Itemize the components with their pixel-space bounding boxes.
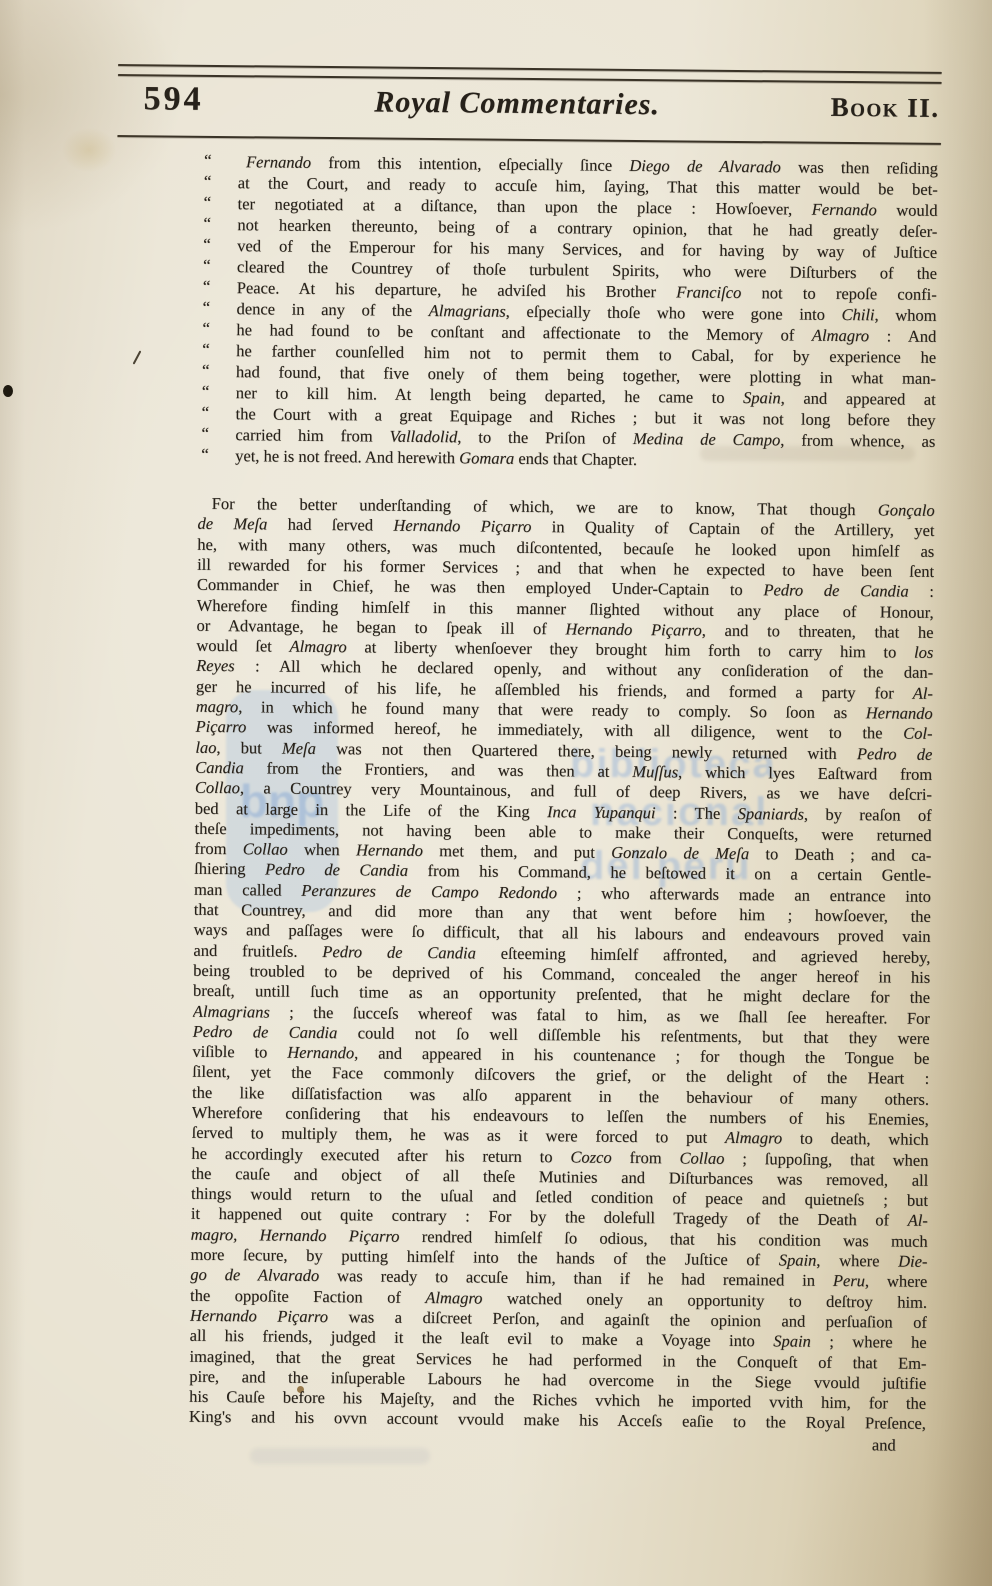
marginal-quote-mark: “ bbox=[202, 340, 209, 360]
marginal-quote-mark: “ bbox=[201, 424, 208, 444]
marginal-quote-mark: “ bbox=[201, 445, 208, 465]
marginal-quote-mark: “ bbox=[202, 361, 209, 381]
marginal-quote-mark: “ bbox=[203, 256, 210, 276]
marginal-quote-mark: “ bbox=[203, 235, 210, 255]
marginal-quote-mark: “ bbox=[202, 319, 209, 339]
running-title: Royal Commentaries. bbox=[203, 84, 830, 124]
ink-spot bbox=[3, 385, 13, 397]
main-paragraph: For the better underſtanding of which, w… bbox=[189, 494, 935, 1435]
top-rule-1 bbox=[118, 64, 942, 74]
marginal-quote-mark: “ bbox=[203, 214, 210, 234]
catchword: and bbox=[872, 1435, 896, 1454]
marginal-quote-mark: “ bbox=[203, 277, 210, 297]
quoted-passage: “Fernando from this intention, eſpeciall… bbox=[198, 151, 938, 473]
marginal-quote-mark: “ bbox=[201, 403, 208, 423]
marginal-quote-mark: “ bbox=[204, 151, 211, 171]
marginal-quote-mark: “ bbox=[202, 382, 209, 402]
page-number: 594 bbox=[143, 80, 203, 119]
marginal-quote-mark: “ bbox=[203, 193, 210, 213]
running-header: 594 Royal Commentaries. Book II. bbox=[117, 80, 941, 138]
marginal-quote-mark: “ bbox=[202, 298, 209, 318]
printed-text-block: 594 Royal Commentaries. Book II. “Fernan… bbox=[105, 56, 942, 1456]
marginal-quote-mark: “ bbox=[204, 172, 211, 192]
book-number: Book II. bbox=[831, 92, 940, 124]
book-page-scan: { "header": { "page_number": "594", "tit… bbox=[0, 0, 992, 1586]
